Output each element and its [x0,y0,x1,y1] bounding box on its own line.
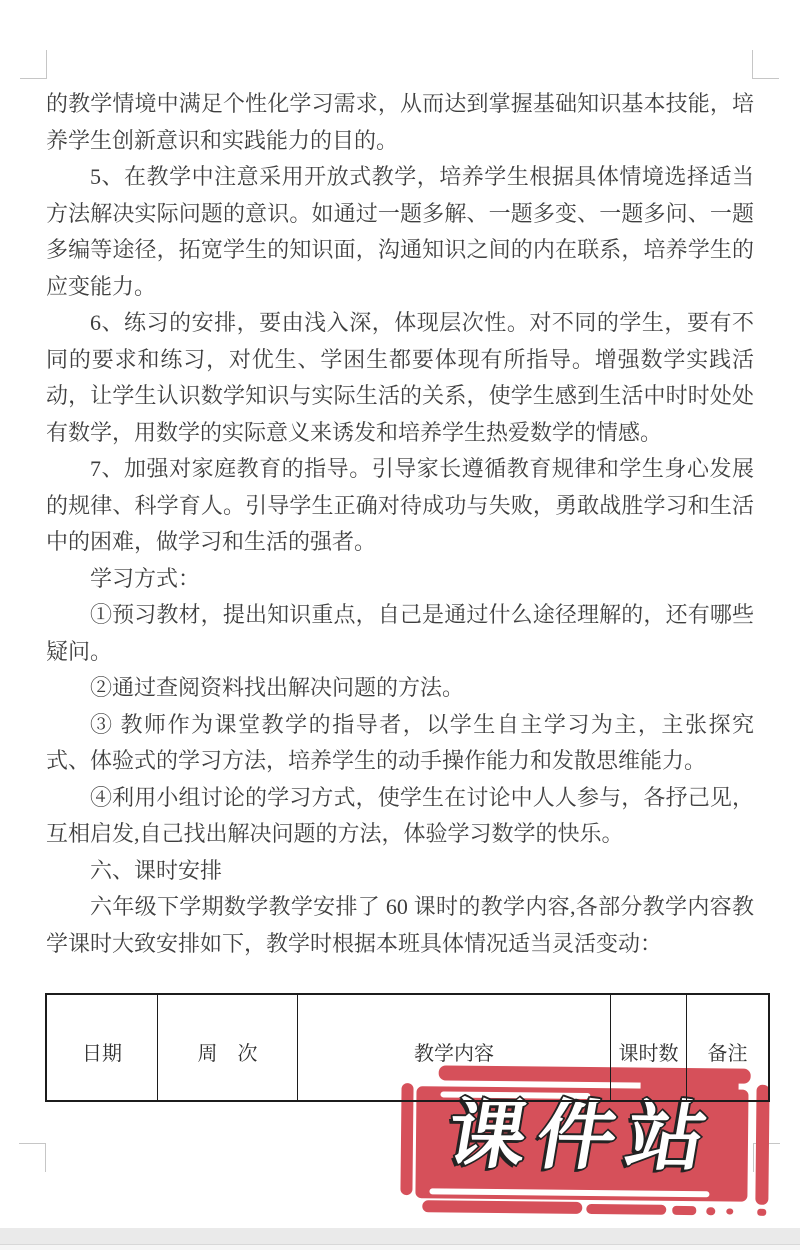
paragraph: 的教学情境中满足个性化学习需求，从而达到掌握基础知识基本技能，培养学生创新意识和… [46,86,754,159]
paragraph: ④利用小组讨论的学习方式，使学生在讨论中人人参与，各抒己见，互相启发,自己找出解… [46,780,754,853]
table-header-date: 日期 [46,994,158,1101]
stamp-bottom-dash [726,1208,733,1214]
table-header-hours: 课时数 [611,994,687,1101]
stamp-bottom-dash [672,1206,696,1215]
next-page-top-edge [0,1244,800,1250]
stamp-right-bar [755,1085,769,1205]
paragraph: 5、在教学中注意采用开放式教学，培养学生根据具体情境选择适当方法解决实际问题的意… [46,159,754,305]
paragraph: ③ 教师作为课堂教学的指导者，以学生自主学习为主，主张探究式、体验式的学习方法，… [46,707,754,780]
table-header-remarks: 备注 [687,994,770,1101]
stamp-right-dot [757,1209,766,1216]
crop-mark-top-left [20,50,47,79]
table-header-content: 教学内容 [298,994,611,1101]
paragraph: 六年级下学期数学教学安排了 60 课时的教学内容,各部分教学内容教学课时大致安排… [46,889,754,962]
paragraph: 学习方式： [46,561,754,598]
schedule-table: 日期 周 次 教学内容 课时数 备注 [45,993,770,1102]
crop-mark-top-right [752,50,779,79]
table-header-week: 周 次 [158,994,298,1101]
page-gap [0,1228,800,1250]
paragraph: 6、练习的安排，要由浅入深，体现层次性。对不同的学生，要有不同的要求和练习，对优… [46,305,754,451]
stamp-bottom-dash [422,1200,582,1214]
paragraph: ①预习教材，提出知识重点，自己是通过什么途径理解的，还有哪些疑问。 [46,597,754,670]
paragraph: ②通过查阅资料找出解决问题的方法。 [46,670,754,707]
paragraph: 7、加强对家庭教育的指导。引导家长遵循教育规律和学生身心发展的规律、科学育人。引… [46,451,754,561]
crop-mark-bottom-left [19,1143,46,1172]
paragraph: 六、课时安排 [46,853,754,890]
stamp-bottom-dash [586,1204,666,1215]
document-body: 的教学情境中满足个性化学习需求，从而达到掌握基础知识基本技能，培养学生创新意识和… [46,86,754,962]
stamp-bottom-dash [706,1207,715,1215]
watermark-text: 课件站 [406,1093,757,1180]
document-page: 的教学情境中满足个性化学习需求，从而达到掌握基础知识基本技能，培养学生创新意识和… [0,0,800,1250]
table-row: 日期 周 次 教学内容 课时数 备注 [46,994,769,1101]
